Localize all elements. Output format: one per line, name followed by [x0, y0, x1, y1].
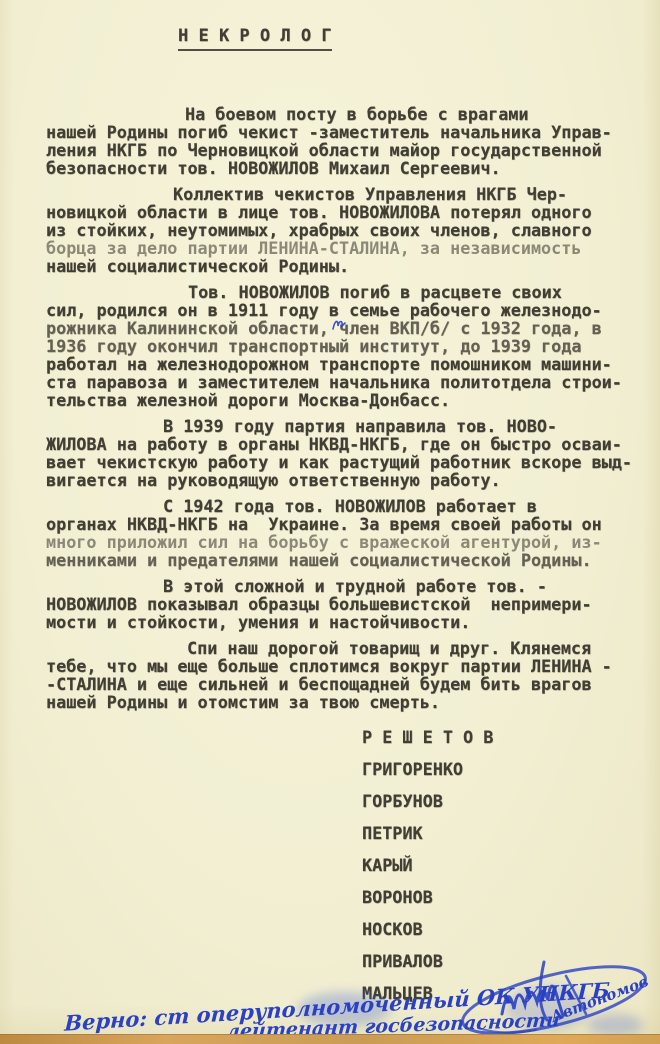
- paragraph: Тов. НОВОЖИЛОВ погиб в расцвете своих си…: [46, 283, 652, 409]
- handwritten-insertion-mark-icon: [330, 315, 348, 337]
- paragraph: В этой сложной и трудной работе тов. - Н…: [46, 577, 652, 631]
- doc-line: ления НКГБ по Черновицкой области майор …: [46, 141, 652, 159]
- doc-line: В 1939 году партия направила тов. НОВО-: [46, 417, 652, 435]
- signee-name: ГОРБУНОВ: [362, 785, 652, 817]
- doc-line: На боевом посту в борьбе с врагами: [46, 105, 652, 123]
- signee-name: Р Е Ш Е Т О В: [362, 721, 652, 753]
- scanned-obituary-page: Н Е К Р О Л О Г На боевом посту в борьбе…: [0, 0, 660, 1044]
- doc-line: много приложил сил на борьбу с вражеской…: [46, 533, 652, 551]
- scan-bottom-edge: [0, 1034, 660, 1044]
- doc-line: нашей Родины и отомстим за твою смерть.: [46, 693, 652, 711]
- doc-line: нашей Родины погиб чекист -заместитель н…: [46, 123, 652, 141]
- paragraph: С 1942 года тов. НОВОЖИЛОВ работает в ор…: [46, 497, 652, 569]
- document-title: Н Е К Р О Л О Г: [178, 26, 332, 51]
- signee-name: ГРИГОРЕНКО: [362, 753, 652, 785]
- doc-line: В этой сложной и трудной работе тов. -: [46, 577, 652, 595]
- paragraph: Коллектив чекистов Управления НКГБ Чер- …: [46, 185, 652, 275]
- paragraph: В 1939 году партия направила тов. НОВО- …: [46, 417, 652, 489]
- doc-line: С 1942 года тов. НОВОЖИЛОВ работает в: [46, 497, 652, 515]
- doc-line: 1936 году окончил транспортный институт,…: [46, 337, 652, 355]
- doc-line: вигается на руководящую ответственную ра…: [46, 471, 652, 489]
- doc-line: НОВОЖИЛОВ показывал образцы большевистск…: [46, 595, 652, 613]
- signee-name: КАРЫЙ: [362, 849, 652, 881]
- doc-line: тельства железной дороги Москва-Донбасс.: [46, 391, 652, 409]
- document-body: Н Е К Р О Л О Г На боевом посту в борьбе…: [0, 0, 660, 1009]
- signee-name: ПЕТРИК: [362, 817, 652, 849]
- paragraph: Спи наш дорогой товарищ и друг. Клянемся…: [46, 639, 652, 711]
- doc-line: рожника Калининской области, член ВКП/б/…: [46, 319, 652, 337]
- doc-line: новицкой области в лице тов. НОВОЖИЛОВА …: [46, 203, 652, 221]
- doc-line: ста паравоза и заместителем начальника п…: [46, 373, 652, 391]
- doc-line: Коллектив чекистов Управления НКГБ Чер-: [46, 185, 652, 203]
- doc-line: сил, родился он в 1911 году в семье рабо…: [46, 301, 652, 319]
- doc-line: ЖИЛОВА на работу в органы НКВД-НКГБ, где…: [46, 435, 652, 453]
- doc-line: из стойких, неутомимых, храбрых своих чл…: [46, 221, 652, 239]
- document-text: На боевом посту в борьбе с врагами нашей…: [46, 105, 652, 711]
- doc-line: Спи наш дорогой товарищ и друг. Клянемся: [46, 639, 652, 657]
- doc-line: нашей социалистической Родины.: [46, 257, 652, 275]
- doc-line: -СТАЛИНА и еще сильней и беспощадней буд…: [46, 675, 652, 693]
- doc-line: мости и стойкости, умения и настойчивост…: [46, 613, 652, 631]
- doc-line: Тов. НОВОЖИЛОВ погиб в расцвете своих: [46, 283, 652, 301]
- signee-name: ВОРОНОВ: [362, 881, 652, 913]
- paragraph: На боевом посту в борьбе с врагами нашей…: [46, 105, 652, 177]
- doc-line: работал на железнодорожном транспорте по…: [46, 355, 652, 373]
- doc-line: органах НКВД-НКГБ на Украине. За время с…: [46, 515, 652, 533]
- doc-line: вает чекистскую работу и как растущий ра…: [46, 453, 652, 471]
- doc-line: менниками и предателями нашей социалисти…: [46, 551, 652, 569]
- doc-line: борца за дело партии ЛЕНИНА-СТАЛИНА, за …: [46, 239, 652, 257]
- doc-line: тебе, что мы еще больше сплотимся вокруг…: [46, 657, 652, 675]
- doc-line: безопасности тов. НОВОЖИЛОВ Михаил Серге…: [46, 159, 652, 177]
- signee-name: НОСКОВ: [362, 913, 652, 945]
